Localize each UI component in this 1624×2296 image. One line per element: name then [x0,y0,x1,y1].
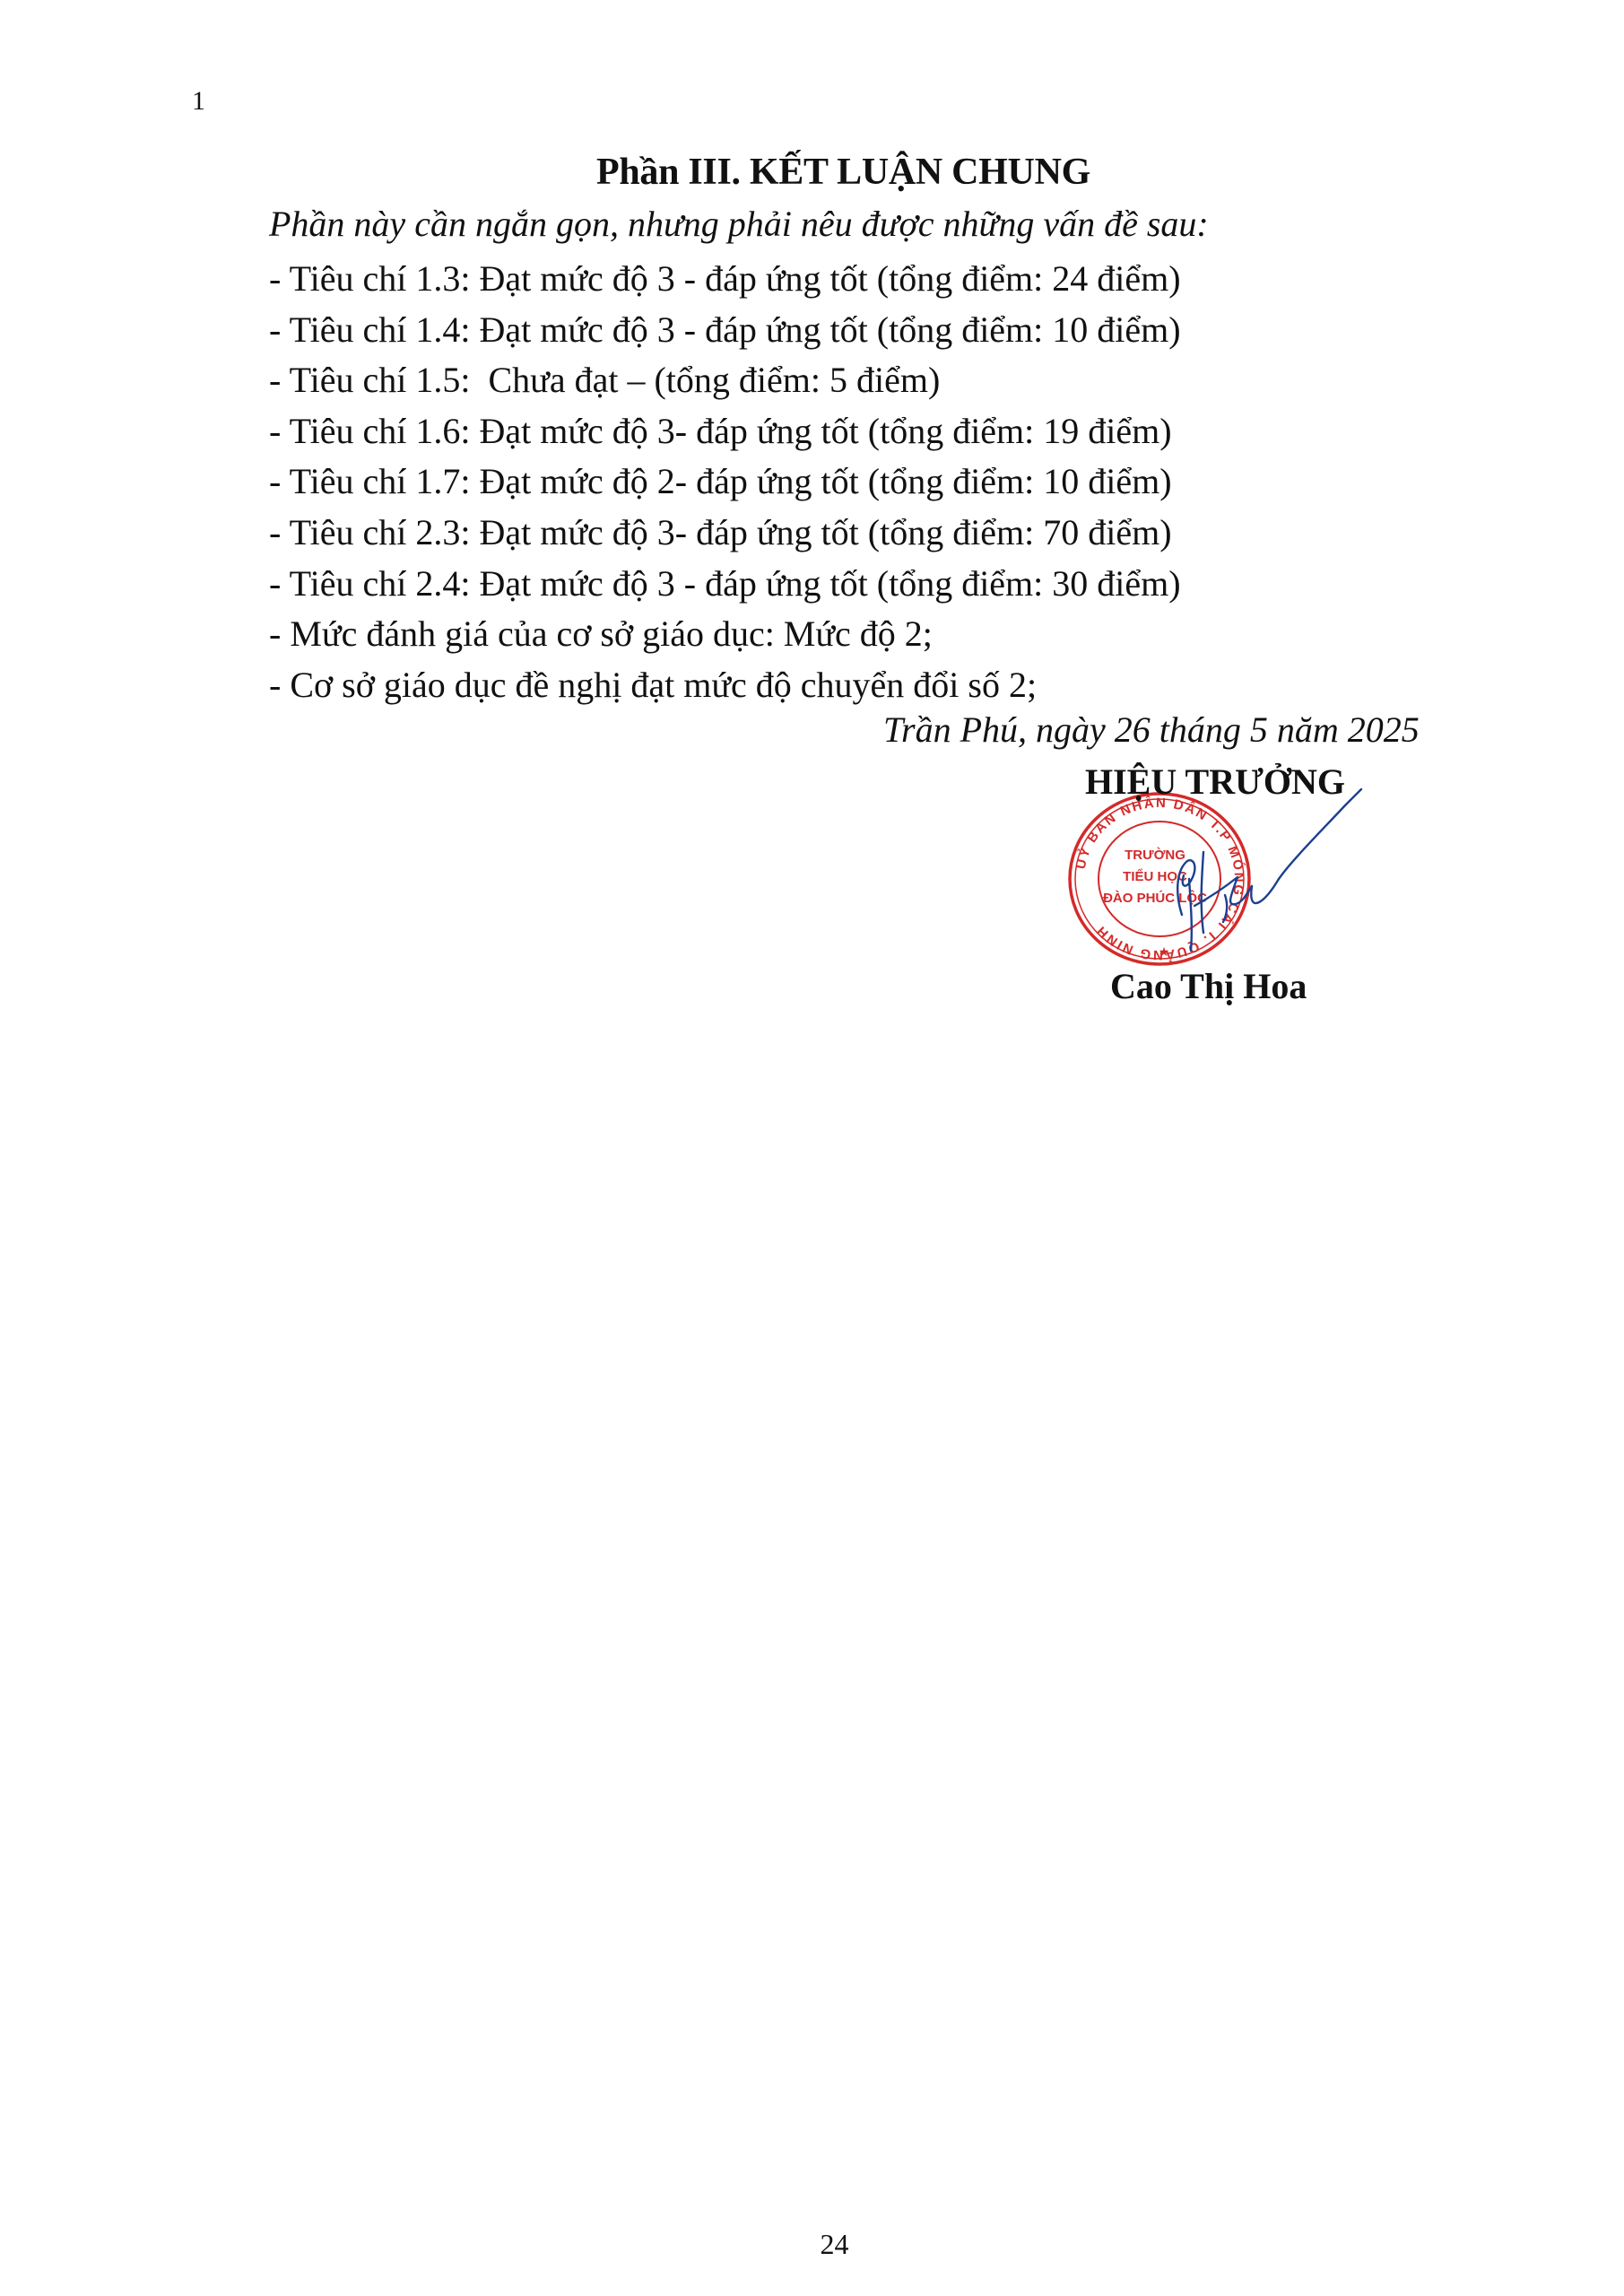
page-header-number: 1 [192,86,205,117]
list-item: - Tiêu chí 1.7: Đạt mức độ 2- đáp ứng tố… [269,457,1181,508]
conclusion-list: - Tiêu chí 1.3: Đạt mức độ 3 - đáp ứng t… [269,254,1181,710]
handwritten-signature-icon [1076,771,1381,969]
signer-name: Cao Thị Hoa [1110,965,1307,1007]
page-footer-number: 24 [0,2228,1624,2261]
list-item: - Tiêu chí 1.5: Chưa đạt – (tổng điểm: 5… [269,355,1181,406]
section-title: Phần III. KẾT LUẬN CHUNG [0,151,1624,194]
list-item: - Cơ sở giáo dục đề nghị đạt mức độ chuy… [269,660,1181,711]
list-item: - Tiêu chí 1.3: Đạt mức độ 3 - đáp ứng t… [269,254,1181,305]
list-item: - Tiêu chí 1.6: Đạt mức độ 3- đáp ứng tố… [269,406,1181,457]
list-item: - Tiêu chí 2.3: Đạt mức độ 3- đáp ứng tố… [269,508,1181,559]
list-item: - Tiêu chí 1.4: Đạt mức độ 3 - đáp ứng t… [269,305,1181,356]
section-intro: Phần này cần ngắn gọn, nhưng phải nêu đư… [269,203,1209,245]
list-item: - Tiêu chí 2.4: Đạt mức độ 3 - đáp ứng t… [269,559,1181,610]
date-place: Trần Phú, ngày 26 tháng 5 năm 2025 [883,709,1420,751]
list-item: - Mức đánh giá của cơ sở giáo dục: Mức đ… [269,609,1181,660]
